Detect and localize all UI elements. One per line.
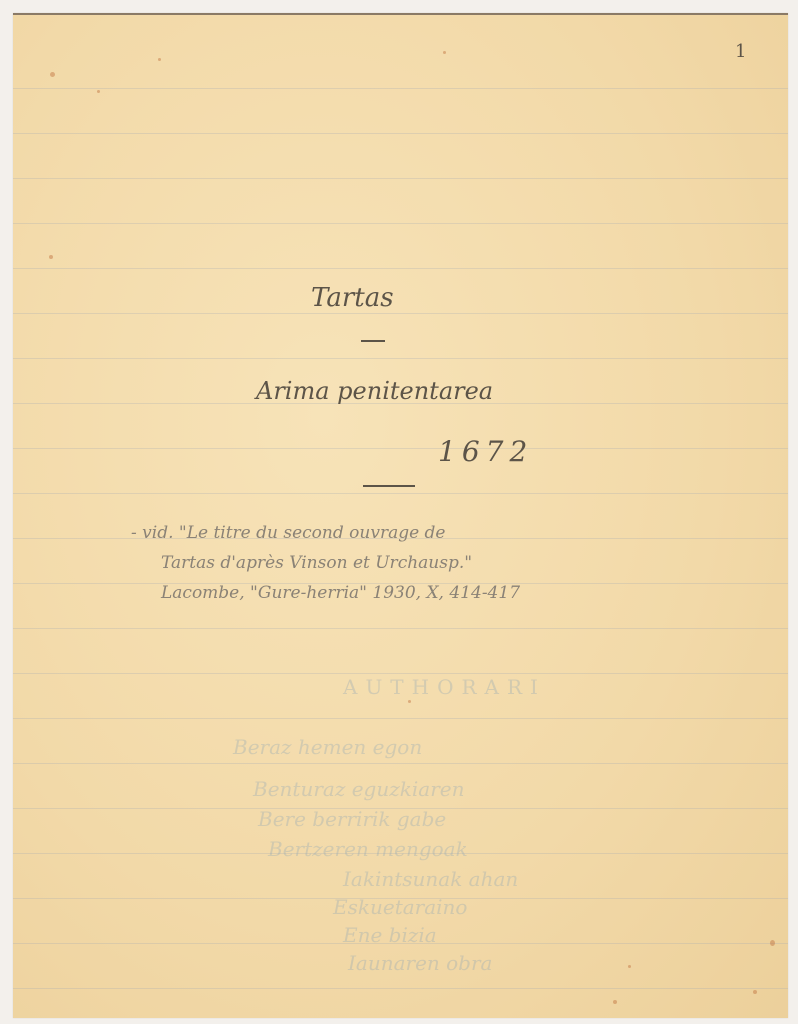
bleed-through-line: Bere berririk gabe [258,807,446,831]
page-number: 1 [735,41,746,62]
ruled-line [13,718,788,719]
ruled-line [13,988,788,989]
ruled-line [13,313,788,314]
publication-year: 1672 [438,435,533,468]
reference-note-line-1: - vid. "Le titre du second ouvrage de [131,523,446,543]
ruled-line [13,493,788,494]
bleed-through-heading: AUTHORARI [343,675,546,699]
ruled-line [13,268,788,269]
foxing-spot [49,255,53,259]
ruled-line [13,133,788,134]
manuscript-page: AUTHORARI Beraz hemen egon Benturaz eguz… [13,13,788,1018]
bleed-through-line: Iaunaren obra [348,951,492,975]
bleed-through-line: Ene bizia [343,923,437,947]
bleed-through-line: Iakintsunak ahan [343,867,518,891]
reference-note-line-3: Lacombe, "Gure-herria" 1930, X, 414-417 [161,583,520,603]
title-underline [361,340,385,342]
foxing-spot [628,965,631,968]
author-name: Tartas [311,283,394,313]
ruled-line [13,448,788,449]
foxing-spot [97,90,100,93]
ruled-line [13,178,788,179]
foxing-spot [613,1000,617,1004]
bleed-through-line: Bertzeren mengoak [268,837,468,861]
bleed-through-line: Benturaz eguzkiaren [253,777,464,801]
ruled-line [13,223,788,224]
foxing-spot [158,58,161,61]
foxing-spot [408,700,411,703]
bleed-through-line: Eskuetaraino [333,895,467,919]
ruled-line [13,763,788,764]
ruled-line [13,88,788,89]
year-underline [363,485,415,487]
ruled-line [13,628,788,629]
foxing-spot [443,51,446,54]
foxing-spot [50,72,55,77]
ruled-line [13,358,788,359]
ruled-line [13,673,788,674]
foxing-spot [753,990,757,994]
reference-note-line-2: Tartas d'après Vinson et Urchausp." [161,553,472,573]
bleed-through-line: Beraz hemen egon [233,735,422,759]
work-title: Arima penitentarea [256,377,493,405]
foxing-spot [770,940,775,946]
